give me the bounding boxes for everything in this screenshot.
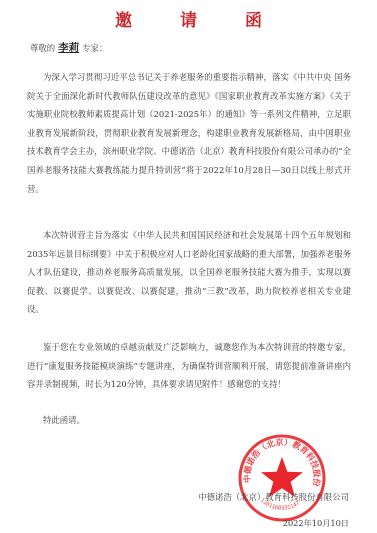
closing-text: 特此函请。	[43, 414, 85, 426]
recipient-name: 李莉	[55, 42, 82, 54]
paragraph-invitation: 鉴于您在专业领域的卓越贡献及广泛影响力，诚邀您作为本次特训营的特邀专家，进行“康…	[27, 338, 351, 394]
salutation-prefix: 尊敬的	[30, 43, 55, 53]
title-char: 邀	[115, 6, 132, 31]
paragraph-intro: 为深入学习贯彻习近平总书记关于养老服务的重要指示精神，落实《中共中央 国务院关于…	[27, 68, 351, 198]
paragraph-purpose: 本次特训营主旨为落实《中华人民共和国国民经济和社会发展第十四个五年规划和2035…	[27, 226, 351, 319]
title-char: 请	[180, 6, 197, 31]
document-title: 邀请函	[0, 6, 377, 31]
company-seal-icon: 中德诺浩（北京）教育科技股份有限公司 1101160331147	[237, 433, 327, 523]
signature-company: 中德诺浩（北京）教育科技股份有限公司	[198, 491, 349, 503]
signature-date: 2022年10月10日	[283, 518, 349, 529]
salutation-suffix: 专家：	[82, 43, 107, 53]
salutation: 尊敬的李莉专家：	[30, 40, 107, 55]
title-char: 函	[245, 6, 262, 31]
